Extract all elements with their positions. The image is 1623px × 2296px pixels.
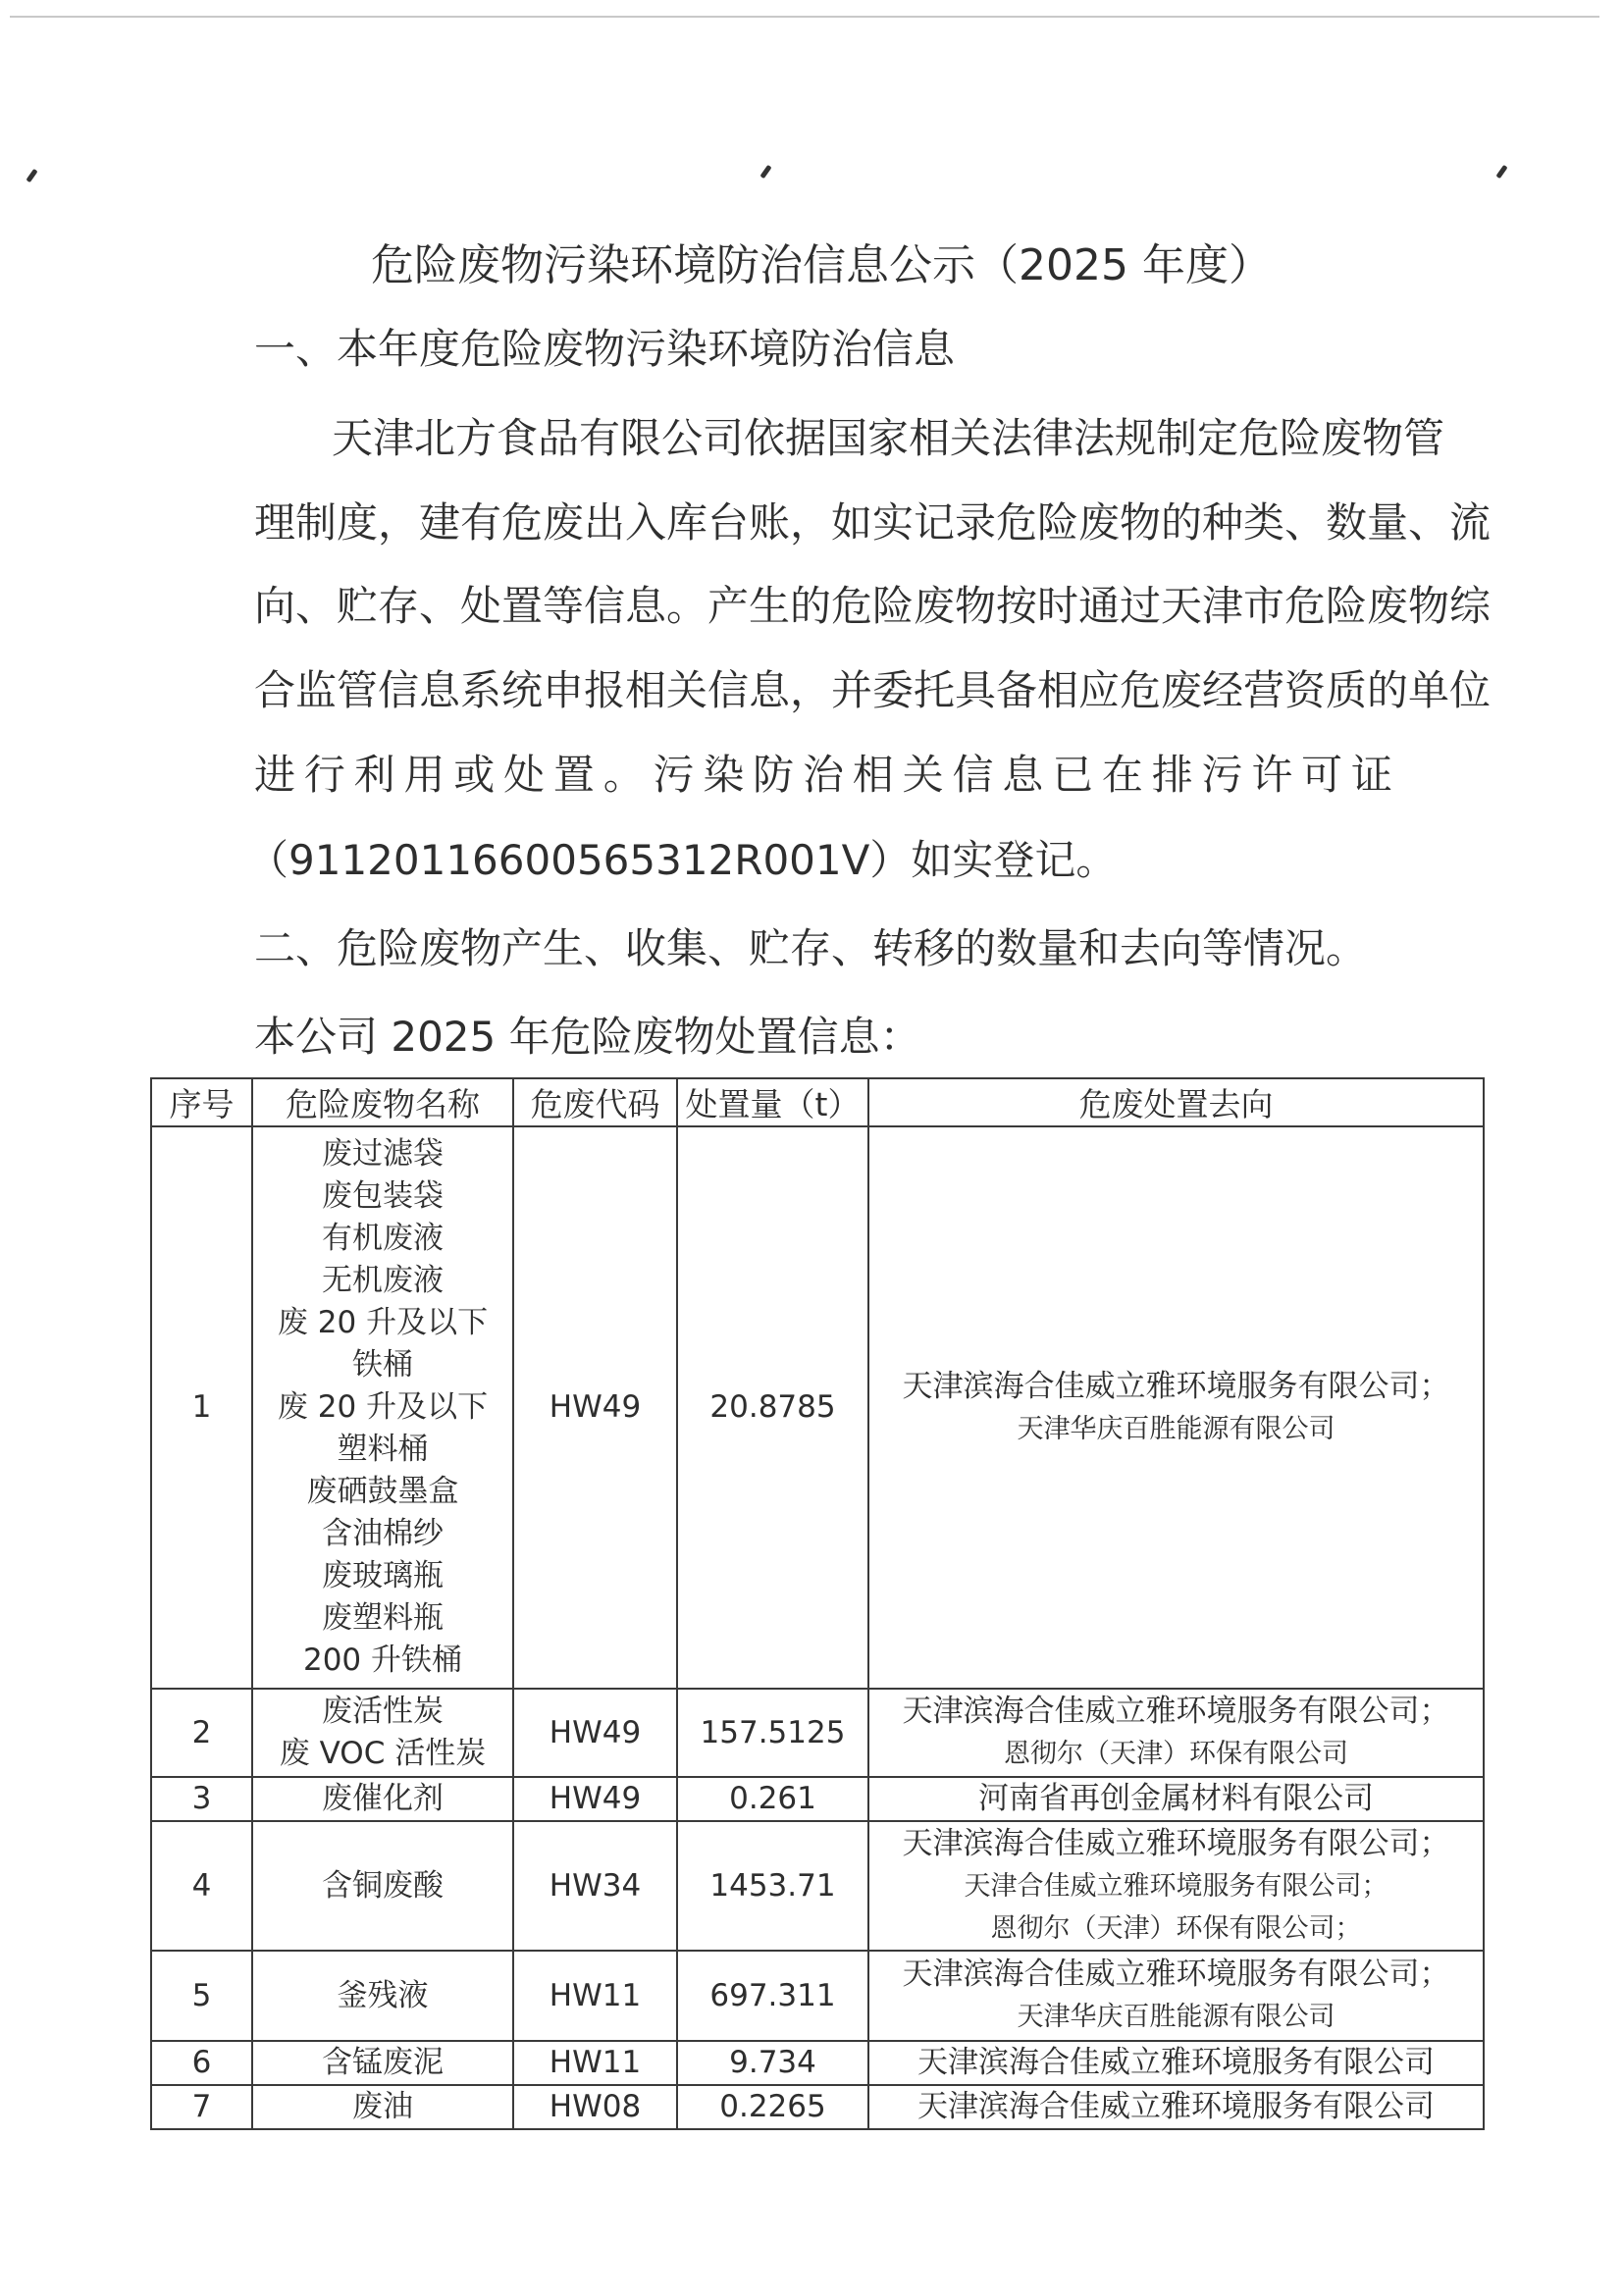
waste-name: 废包装袋	[253, 1175, 512, 1218]
disposal-company: 天津滨海合佳威立雅环境服务有限公司；	[869, 1954, 1483, 1996]
cell-code: HW49	[513, 1689, 677, 1777]
waste-name: 废玻璃瓶	[253, 1555, 512, 1597]
cell-no: 2	[151, 1689, 252, 1777]
table-header-row: 序号 危险废物名称 危废代码 处置量（t） 危废处置去向	[151, 1078, 1484, 1126]
cell-amount: 0.261	[677, 1777, 868, 1821]
header-no: 序号	[151, 1078, 252, 1126]
cell-names: 废活性炭废 VOC 活性炭	[252, 1689, 513, 1777]
paragraph-line-2: 理制度，建有危废出入库台账，如实记录危险废物的种类、数量、流	[254, 498, 1392, 548]
paragraph-line-4: 合监管信息系统申报相关信息，并委托具备相应危废经营资质的单位	[254, 666, 1392, 715]
waste-name: 含油棉纱	[253, 1513, 512, 1555]
section-1-heading: 一、本年度危险废物污染环境防治信息	[254, 325, 1392, 374]
disposal-company: 天津滨海合佳威立雅环境服务有限公司；	[869, 1366, 1483, 1408]
header-name: 危险废物名称	[252, 1078, 513, 1126]
scan-artifact-line	[10, 16, 1599, 18]
disposal-company: 天津滨海合佳威立雅环境服务有限公司	[869, 2042, 1483, 2084]
disposal-company: 河南省再创金属材料有限公司	[869, 1778, 1483, 1820]
paragraph-line-1: 天津北方食品有限公司依据国家相关法律法规制定危险废物管	[332, 414, 1391, 463]
waste-name: 废 20 升及以下	[253, 1386, 512, 1429]
cell-amount: 157.5125	[677, 1689, 868, 1777]
cell-destinations: 天津滨海合佳威立雅环境服务有限公司	[868, 2085, 1484, 2129]
cell-code: HW49	[513, 1777, 677, 1821]
table-row: 5釜残液HW11697.311天津滨海合佳威立雅环境服务有限公司；天津华庆百胜能…	[151, 1951, 1484, 2041]
disposal-company: 天津合佳威立雅环境服务有限公司；	[869, 1865, 1483, 1907]
cell-names: 废催化剂	[252, 1777, 513, 1821]
cell-amount: 697.311	[677, 1951, 868, 2041]
cell-destinations: 天津滨海合佳威立雅环境服务有限公司	[868, 2041, 1484, 2085]
hazardous-waste-table: 序号 危险废物名称 危废代码 处置量（t） 危废处置去向 1废过滤袋废包装袋有机…	[150, 1077, 1485, 2130]
cell-destinations: 天津滨海合佳威立雅环境服务有限公司；天津华庆百胜能源有限公司	[868, 1126, 1484, 1689]
waste-name: 废过滤袋	[253, 1133, 512, 1175]
disposal-company: 天津滨海合佳威立雅环境服务有限公司；	[869, 1691, 1483, 1733]
waste-name: 有机废液	[253, 1218, 512, 1260]
cell-code: HW34	[513, 1821, 677, 1951]
waste-name: 废 VOC 活性炭	[253, 1733, 512, 1775]
disposal-company: 恩彻尔（天津）环保有限公司；	[869, 1907, 1483, 1950]
cell-destinations: 河南省再创金属材料有限公司	[868, 1777, 1484, 1821]
header-code: 危废代码	[513, 1078, 677, 1126]
disposal-company: 天津华庆百胜能源有限公司	[869, 1996, 1483, 2038]
table-row: 4含铜废酸HW341453.71天津滨海合佳威立雅环境服务有限公司；天津合佳威立…	[151, 1821, 1484, 1951]
disposal-company: 天津华庆百胜能源有限公司	[869, 1408, 1483, 1450]
table-row: 2废活性炭废 VOC 活性炭HW49157.5125天津滨海合佳威立雅环境服务有…	[151, 1689, 1484, 1777]
header-destination: 危废处置去向	[868, 1078, 1484, 1126]
cell-code: HW08	[513, 2085, 677, 2129]
paragraph-line-5: 进行利用或处置。污染防治相关信息已在排污许可证	[254, 751, 1392, 800]
scan-mark	[26, 169, 37, 183]
table-row: 3废催化剂HW490.261河南省再创金属材料有限公司	[151, 1777, 1484, 1821]
cell-names: 含锰废泥	[252, 2041, 513, 2085]
scan-mark	[1495, 165, 1507, 179]
disposal-company: 天津滨海合佳威立雅环境服务有限公司；	[869, 1823, 1483, 1865]
table-row: 6含锰废泥HW119.734天津滨海合佳威立雅环境服务有限公司	[151, 2041, 1484, 2085]
cell-names: 釜残液	[252, 1951, 513, 2041]
cell-no: 6	[151, 2041, 252, 2085]
cell-amount: 0.2265	[677, 2085, 868, 2129]
waste-name: 200 升铁桶	[253, 1640, 512, 1682]
cell-code: HW49	[513, 1126, 677, 1689]
waste-name: 废催化剂	[253, 1778, 512, 1820]
cell-amount: 1453.71	[677, 1821, 868, 1951]
waste-name: 铁桶	[253, 1344, 512, 1386]
cell-names: 含铜废酸	[252, 1821, 513, 1951]
disposal-company: 恩彻尔（天津）环保有限公司	[869, 1733, 1483, 1775]
cell-destinations: 天津滨海合佳威立雅环境服务有限公司；恩彻尔（天津）环保有限公司	[868, 1689, 1484, 1777]
cell-no: 5	[151, 1951, 252, 2041]
disposal-company: 天津滨海合佳威立雅环境服务有限公司	[869, 2086, 1483, 2128]
waste-name: 含锰废泥	[253, 2042, 512, 2084]
waste-name: 废 20 升及以下	[253, 1302, 512, 1344]
waste-name: 废塑料瓶	[253, 1597, 512, 1640]
paragraph-line-3: 向、贮存、处置等信息。产生的危险废物按时通过天津市危险废物综	[254, 582, 1392, 631]
table-caption: 本公司 2025 年危险废物处置信息：	[254, 1013, 1392, 1062]
waste-name: 废活性炭	[253, 1691, 512, 1733]
section-2-heading: 二、危险废物产生、收集、贮存、转移的数量和去向等情况。	[254, 924, 1392, 973]
cell-no: 1	[151, 1126, 252, 1689]
waste-name: 釜残液	[253, 1975, 512, 2017]
scan-mark	[759, 165, 771, 179]
header-amount: 处置量（t）	[677, 1078, 868, 1126]
waste-name: 塑料桶	[253, 1429, 512, 1471]
waste-name: 废油	[253, 2086, 512, 2128]
document-title: 危险废物污染环境防治信息公示（2025 年度）	[0, 239, 1623, 292]
cell-no: 4	[151, 1821, 252, 1951]
cell-no: 3	[151, 1777, 252, 1821]
waste-name: 含铜废酸	[253, 1865, 512, 1907]
cell-destinations: 天津滨海合佳威立雅环境服务有限公司；天津合佳威立雅环境服务有限公司；恩彻尔（天津…	[868, 1821, 1484, 1951]
waste-name: 无机废液	[253, 1260, 512, 1302]
cell-amount: 9.734	[677, 2041, 868, 2085]
cell-no: 7	[151, 2085, 252, 2129]
paragraph-line-6: （91120116600565312R001V）如实登记。	[247, 836, 1386, 885]
cell-names: 废过滤袋废包装袋有机废液无机废液废 20 升及以下铁桶废 20 升及以下塑料桶废…	[252, 1126, 513, 1689]
cell-names: 废油	[252, 2085, 513, 2129]
cell-code: HW11	[513, 2041, 677, 2085]
waste-name: 废硒鼓墨盒	[253, 1471, 512, 1513]
table-row: 1废过滤袋废包装袋有机废液无机废液废 20 升及以下铁桶废 20 升及以下塑料桶…	[151, 1126, 1484, 1689]
table-row: 7废油HW080.2265天津滨海合佳威立雅环境服务有限公司	[151, 2085, 1484, 2129]
cell-code: HW11	[513, 1951, 677, 2041]
cell-amount: 20.8785	[677, 1126, 868, 1689]
cell-destinations: 天津滨海合佳威立雅环境服务有限公司；天津华庆百胜能源有限公司	[868, 1951, 1484, 2041]
